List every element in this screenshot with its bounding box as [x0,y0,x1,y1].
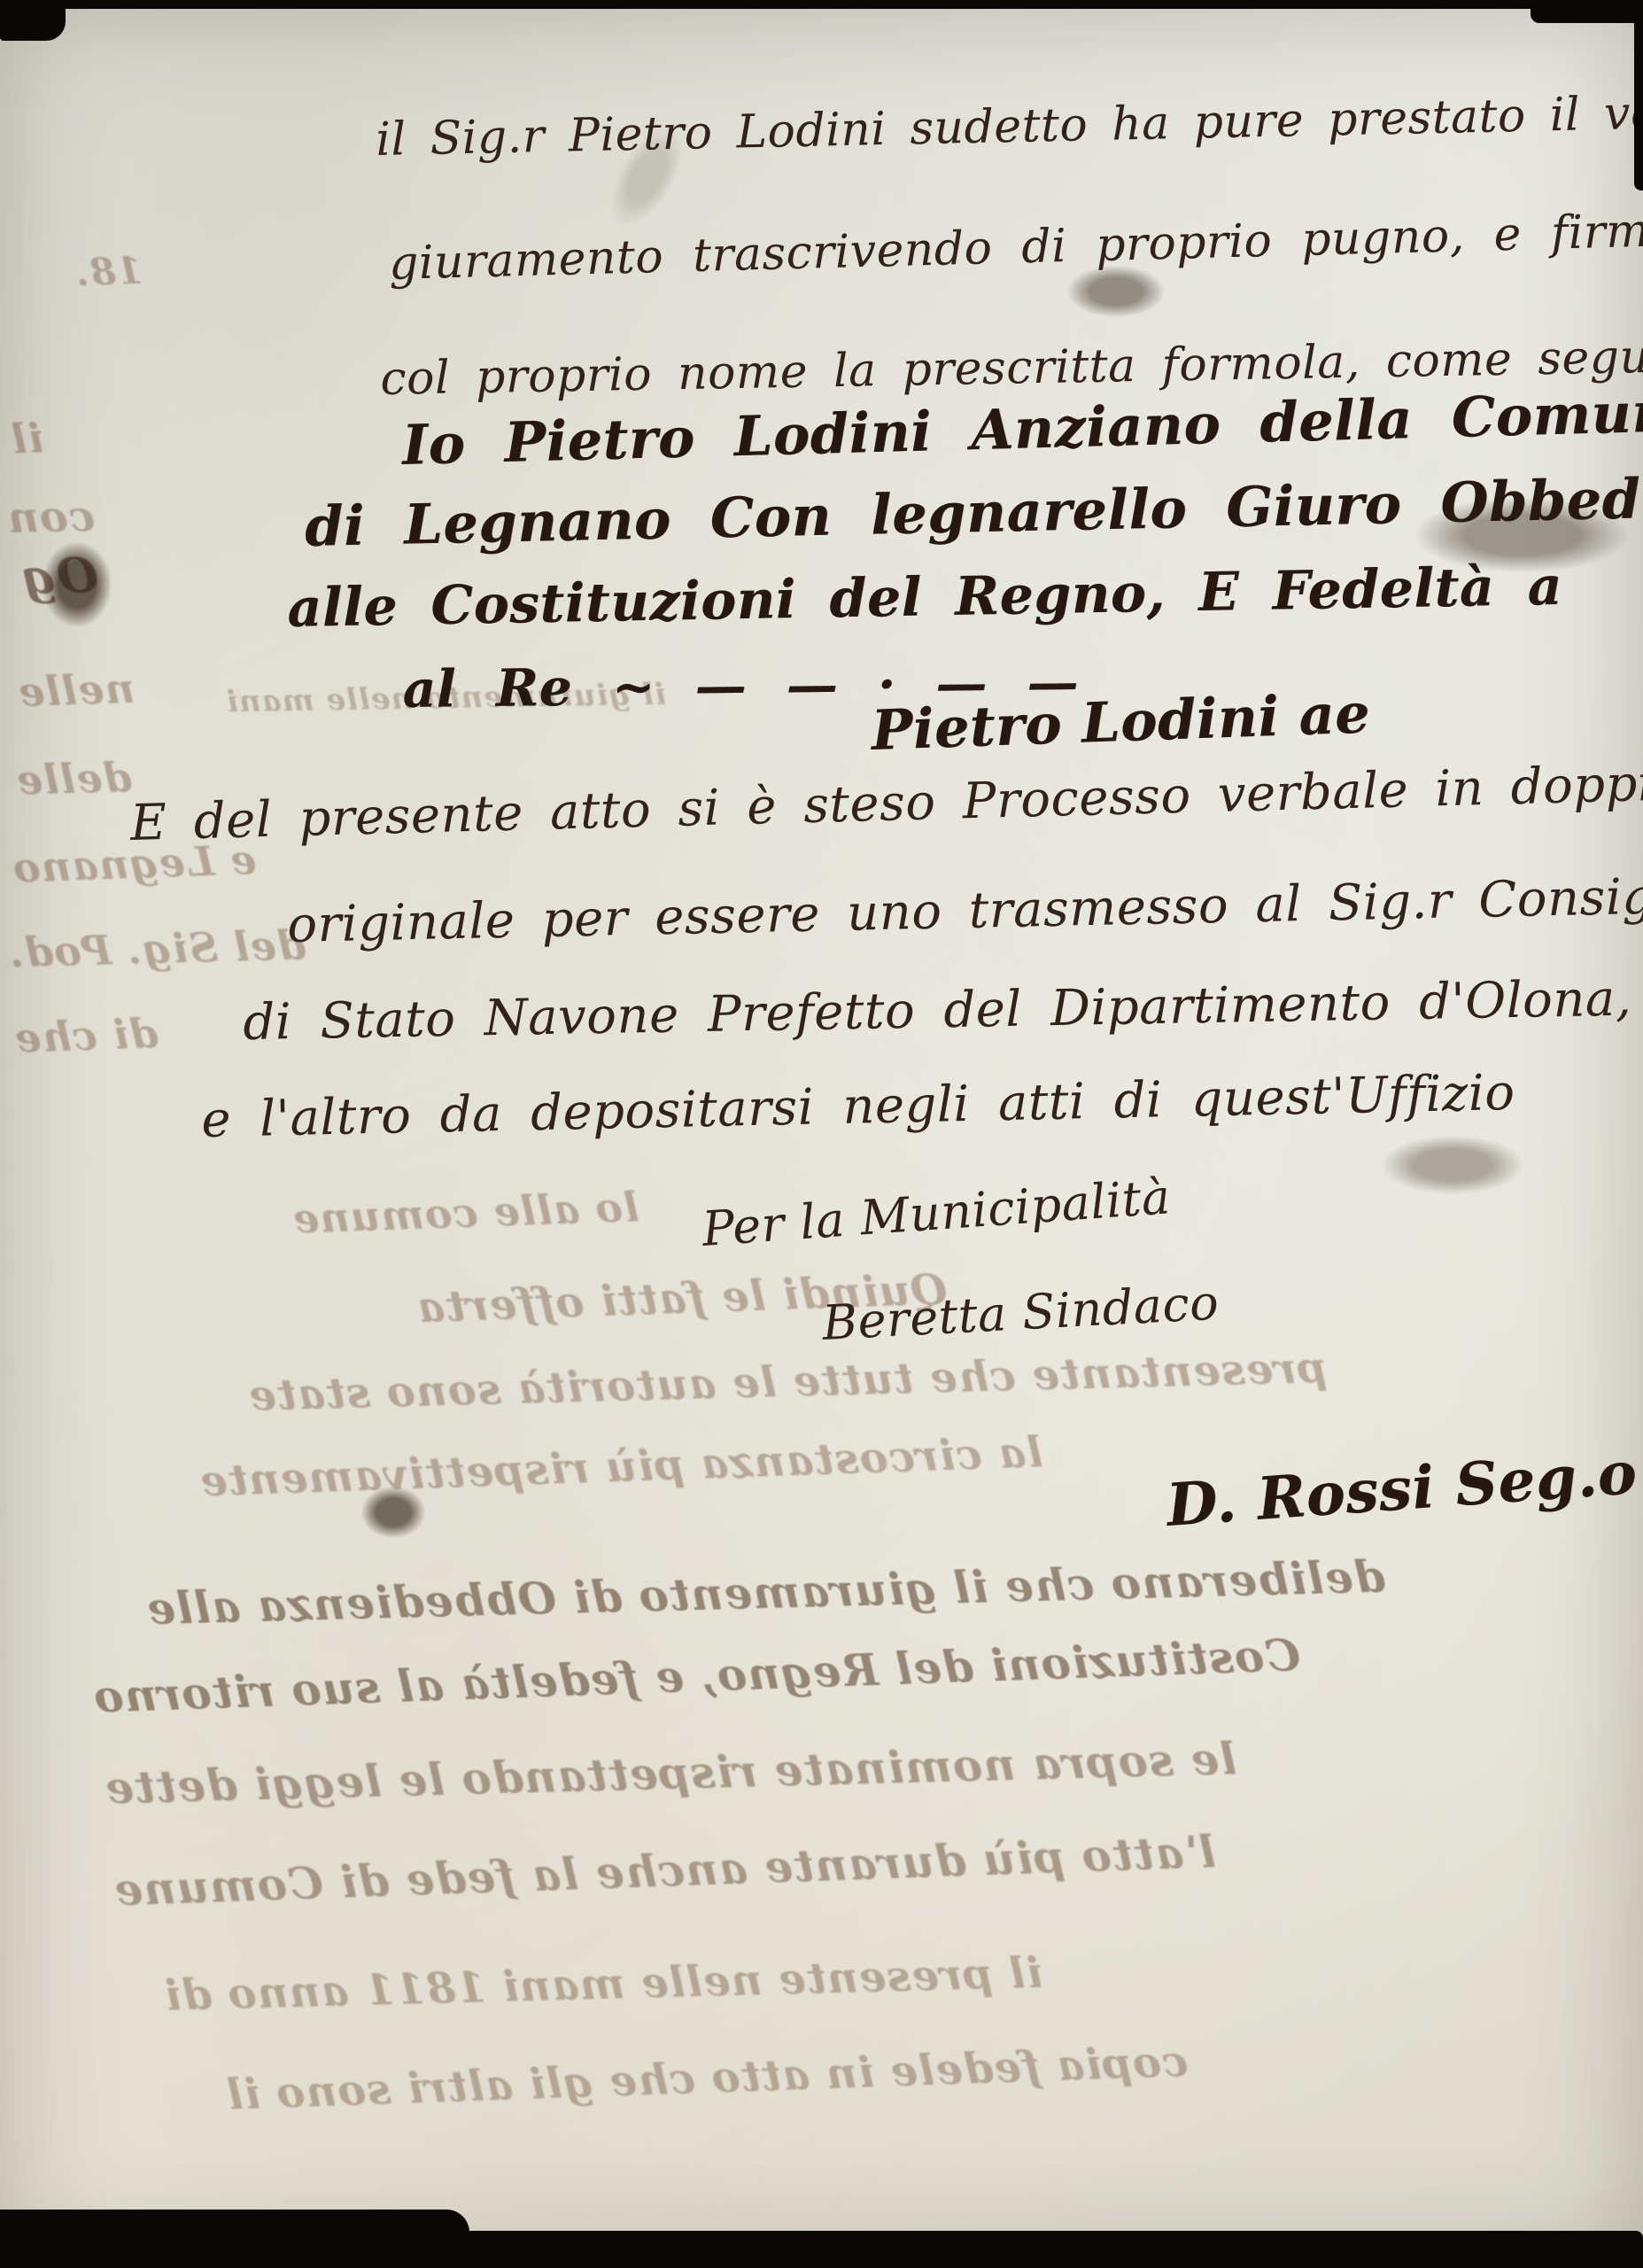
bleedthrough-fragment: nelle [17,664,136,717]
scanned-document-page: 18. il con Og nelle delle e Legnano del … [0,0,1643,2268]
bleedthrough-fragment: del Sig. Pod. [8,921,306,977]
ink-blot [361,1487,425,1538]
ink-blot [1067,266,1165,317]
bleedthrough-fragment: delle [15,753,132,804]
ink-blot [1382,1136,1523,1194]
ink-blot [1415,498,1628,572]
bleedthrough-fragment: con [7,492,96,543]
ink-blot [43,542,112,627]
scan-corner-bottom-left [0,2210,469,2268]
bleedthrough-fragment: il [10,414,44,462]
scan-edge-top [0,0,1643,9]
scan-edge-right [1634,0,1643,190]
bleedthrough-fragment: di che [13,1009,159,1062]
bleedthrough-fragment: 18. [74,249,143,295]
scan-corner-top-left [0,0,66,41]
scan-corner-top-right [1531,0,1643,23]
